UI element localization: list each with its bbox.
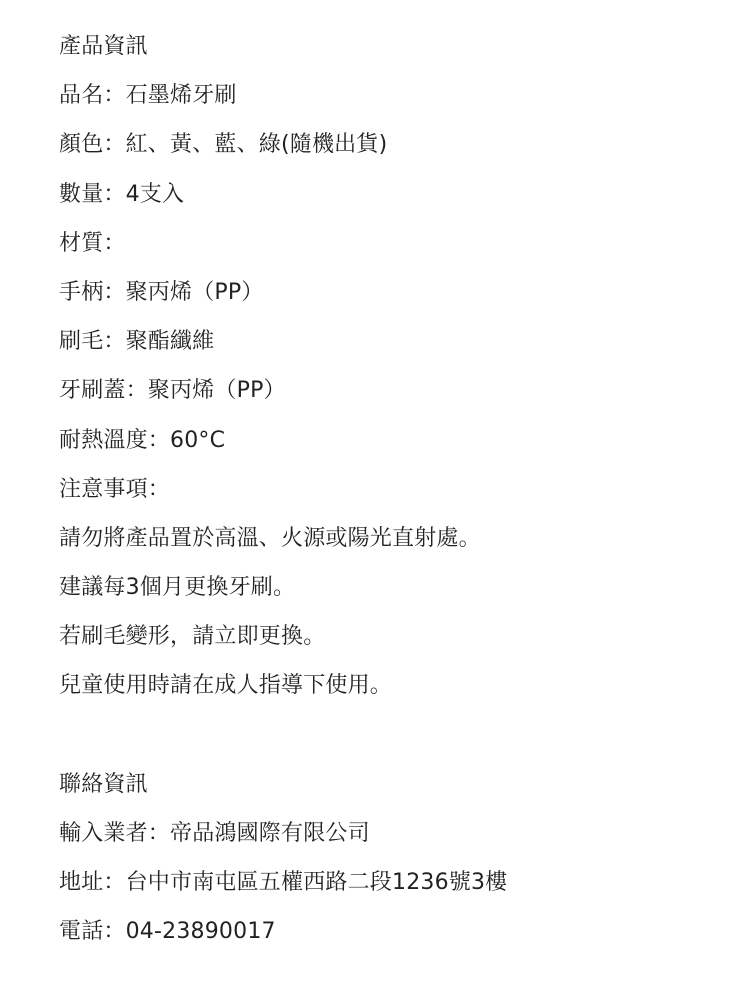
section-spacer (59, 711, 739, 760)
product-info-section: 產品資訊 品名：石墨烯牙刷 顏色：紅、黃、藍、綠(隨機出貨) 數量：4支入 材質… (59, 22, 739, 711)
document-body: 產品資訊 品名：石墨烯牙刷 顏色：紅、黃、藍、綠(隨機出貨) 數量：4支入 材質… (59, 22, 739, 957)
precaution-item: 兒童使用時請在成人指導下使用。 (59, 661, 739, 710)
material-label: 材質： (59, 219, 739, 268)
material-bristles: 刷毛：聚酯纖維 (59, 317, 739, 366)
material-handle: 手柄：聚丙烯（PP） (59, 268, 739, 317)
precautions-label: 注意事項： (59, 465, 739, 514)
precaution-item: 建議每3個月更換牙刷。 (59, 563, 739, 612)
product-colors: 顏色：紅、黃、藍、綠(隨機出貨) (59, 120, 739, 169)
address: 地址：台中市南屯區五權西路二段1236號3樓 (59, 858, 739, 907)
importer: 輸入業者：帝品鴻國際有限公司 (59, 809, 739, 858)
heat-resistance: 耐熱溫度：60°C (59, 416, 739, 465)
phone: 電話：04-23890017 (59, 907, 739, 956)
product-quantity: 數量：4支入 (59, 170, 739, 219)
product-info-heading: 產品資訊 (59, 22, 739, 71)
product-name: 品名：石墨烯牙刷 (59, 71, 739, 120)
material-cap: 牙刷蓋：聚丙烯（PP） (59, 366, 739, 415)
contact-info-section: 聯絡資訊 輸入業者：帝品鴻國際有限公司 地址：台中市南屯區五權西路二段1236號… (59, 760, 739, 957)
precaution-item: 請勿將產品置於高溫、火源或陽光直射處。 (59, 514, 739, 563)
contact-info-heading: 聯絡資訊 (59, 760, 739, 809)
precaution-item: 若刷毛變形，請立即更換。 (59, 612, 739, 661)
